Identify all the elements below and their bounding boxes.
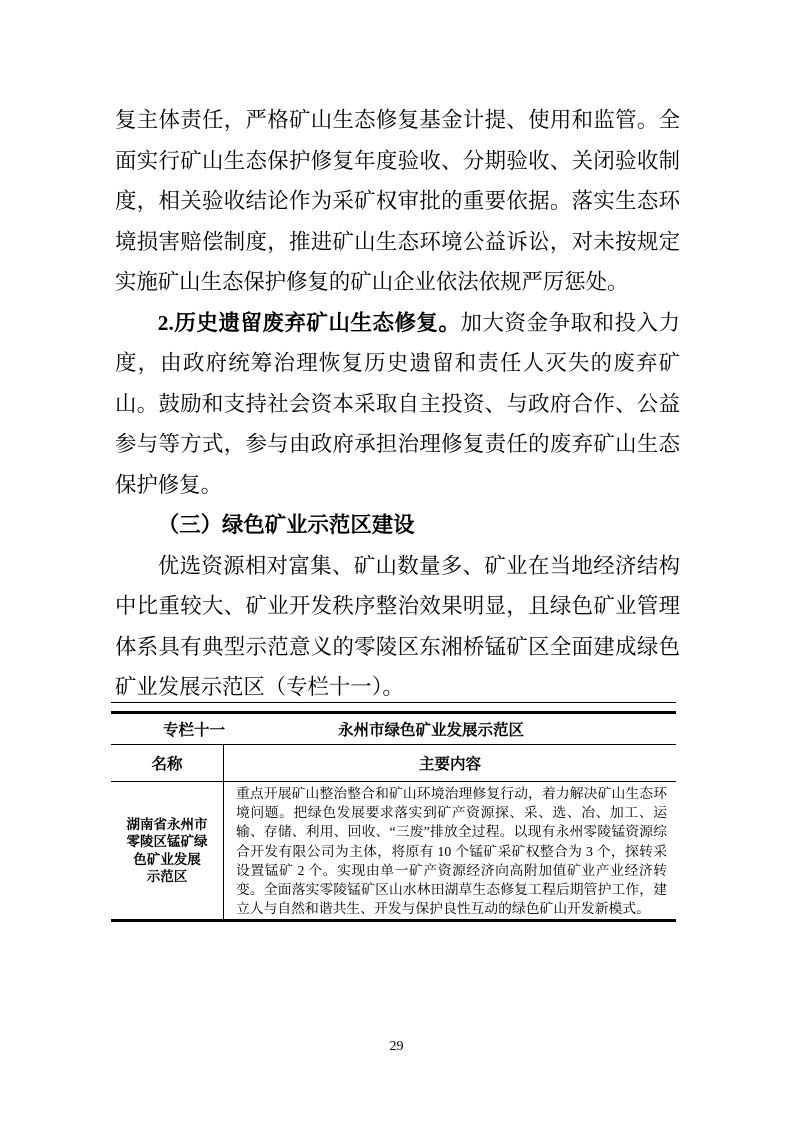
panel-title: 永州市绿色矿业发展示范区 — [338, 718, 524, 740]
demo-zone-name-cell: 湖南省永州市 零陵区锰矿绿 色矿业发展 示范区 — [111, 782, 223, 919]
paragraph-fund-supervision: 复主体责任，严格矿山生态修复基金计提、使用和监管。全面实行矿山生态保护修复年度验… — [115, 100, 680, 303]
section-heading-green-mining-demo-zone: （三）绿色矿业示范区建设 — [115, 505, 680, 546]
paragraph-demo-zone: 优选资源相对富集、矿山数量多、矿业在当地经济结构中比重较大、矿业开发秩序整治效果… — [115, 546, 680, 708]
column-eleven-panel: 专栏十一 永州市绿色矿业发展示范区 名称 主要内容 湖南省永州市 零陵区锰矿绿 … — [111, 702, 676, 922]
paragraph-abandoned-mines: 2.历史遗留废弃矿山生态修复。加大资金争取和投入力度，由政府统筹治理恢复历史遗留… — [115, 303, 680, 506]
page-number: 29 — [0, 1038, 793, 1056]
column-header-content: 主要内容 — [223, 745, 676, 781]
panel-column-headers-row: 名称 主要内容 — [111, 745, 676, 782]
panel-label: 专栏十一 — [163, 718, 225, 740]
paragraph-abandoned-mines-rest: 加大资金争取和投入力度，由政府统筹治理恢复历史遗留和责任人灭失的废弃矿山。鼓励和… — [115, 311, 680, 497]
main-text: 复主体责任，严格矿山生态修复基金计提、使用和监管。全面实行矿山生态保护修复年度验… — [115, 100, 680, 708]
column-header-name: 名称 — [111, 745, 223, 781]
panel-header-row: 专栏十一 永州市绿色矿业发展示范区 — [111, 714, 676, 745]
paragraph-abandoned-mines-lead: 2.历史遗留废弃矿山生态修复。 — [158, 311, 461, 335]
demo-zone-content-cell: 重点开展矿山整治整合和矿山环境治理修复行动，着力解决矿山生态环境问题。把绿色发展… — [223, 782, 676, 919]
panel-top-thin-rule — [111, 702, 676, 703]
document-page: 复主体责任，严格矿山生态修复基金计提、使用和监管。全面实行矿山生态保护修复年度验… — [0, 0, 793, 1122]
panel-table: 专栏十一 永州市绿色矿业发展示范区 名称 主要内容 湖南省永州市 零陵区锰矿绿 … — [111, 711, 676, 922]
panel-data-row: 湖南省永州市 零陵区锰矿绿 色矿业发展 示范区 重点开展矿山整治整合和矿山环境治… — [111, 782, 676, 919]
